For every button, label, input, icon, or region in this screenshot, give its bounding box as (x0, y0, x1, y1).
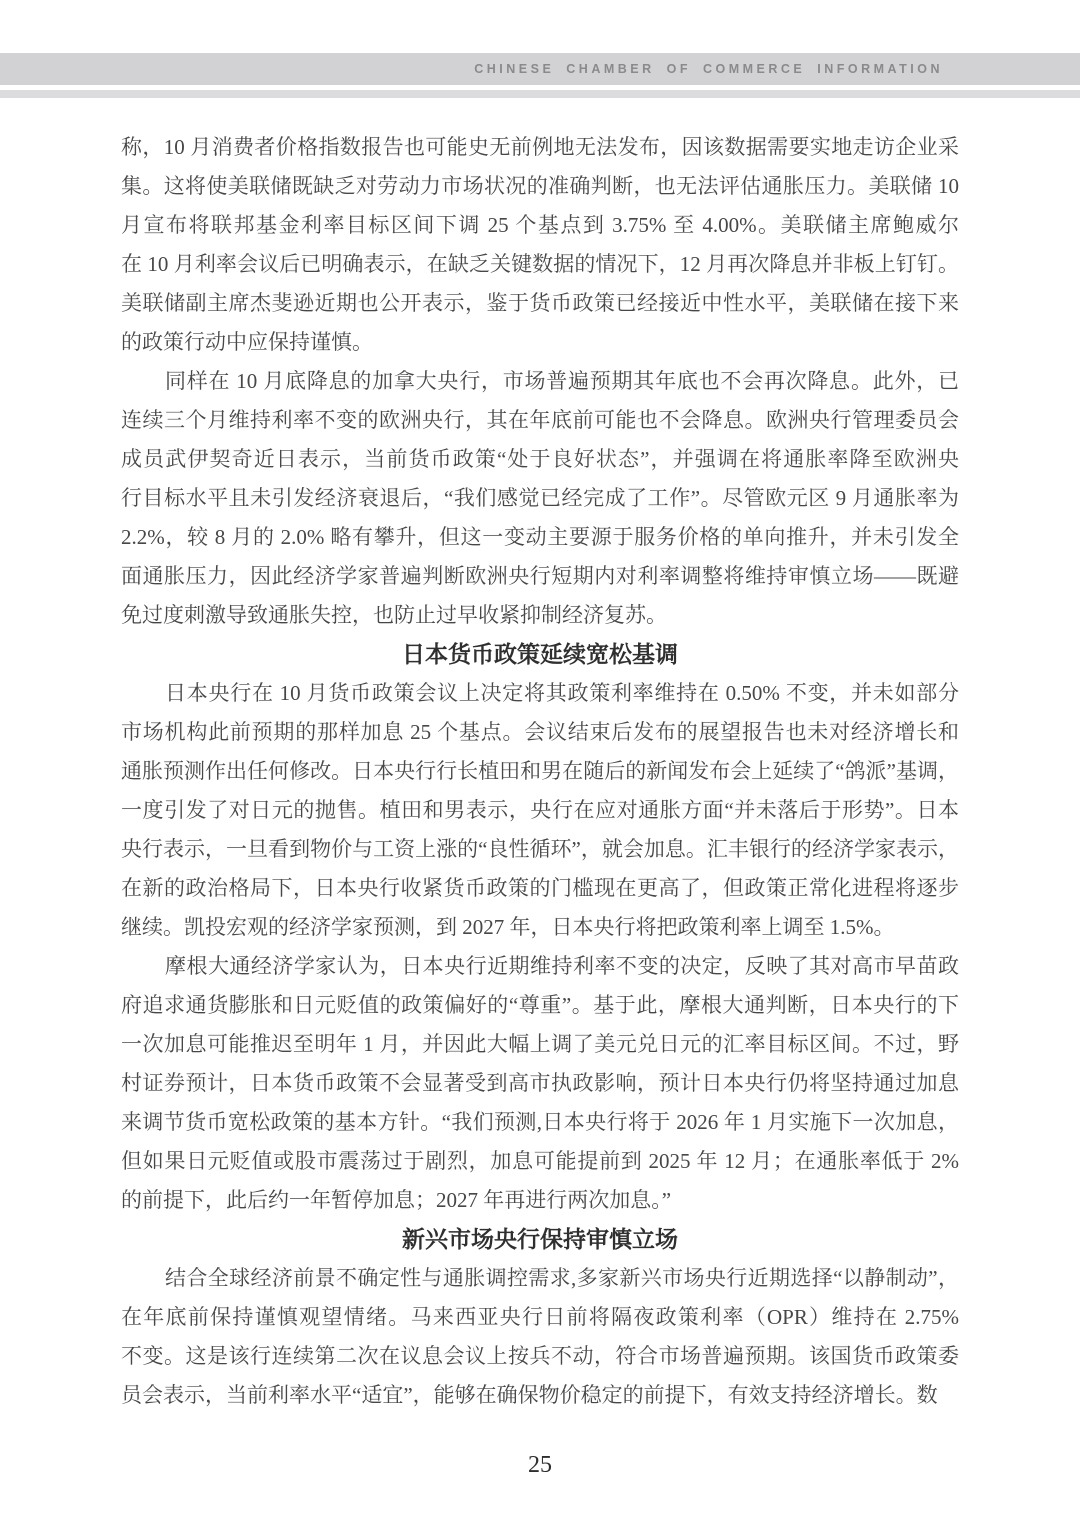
body-text-line: 成员武伊契奇近日表示，当前货币政策“处于良好状态”，并强调在将通胀率降至欧洲央 (121, 440, 959, 479)
body-text-line: 日本央行在 10 月货币政策会议上决定将其政策利率维持在 0.50% 不变，并未… (121, 674, 959, 713)
body-text-line: 继续。凯投宏观的经济学家预测，到 2027 年，日本央行将把政策利率上调至 1.… (121, 908, 959, 947)
page-number: 25 (0, 1452, 1080, 1479)
body-text-line: 但如果日元贬值或股市震荡过于剧烈，加息可能提前到 2025 年 12 月；在通胀… (121, 1142, 959, 1181)
body-text-line: 一度引发了对日元的抛售。植田和男表示，央行在应对通胀方面“并未落后于形势”。日本 (121, 791, 959, 830)
body-text-line: 通胀预测作出任何修改。日本央行行长植田和男在随后的新闻发布会上延续了“鸽派”基调… (121, 752, 959, 791)
body-text-line: 行目标水平且未引发经济衰退后，“我们感觉已经完成了工作”。尽管欧元区 9 月通胀… (121, 479, 959, 518)
body-text-line: 一次加息可能推迟至明年 1 月，并因此大幅上调了美元兑日元的汇率目标区间。不过，… (121, 1025, 959, 1064)
body-text-line: 市场机构此前预期的那样加息 25 个基点。会议结束后发布的展望报告也未对经济增长… (121, 713, 959, 752)
body-text-line: 在年底前保持谨慎观望情绪。马来西亚央行日前将隔夜政策利率（OPR）维持在 2.7… (121, 1298, 959, 1337)
body-text-line: 结合全球经济前景不确定性与通胀调控需求,多家新兴市场央行近期选择“以静制动”， (121, 1259, 959, 1298)
body-text-line: 村证券预计，日本货币政策不会显著受到高市执政影响，预计日本央行仍将坚持通过加息 (121, 1064, 959, 1103)
body-text-line: 的前提下，此后约一年暂停加息；2027 年再进行两次加息。” (121, 1181, 959, 1220)
body-text-line: 同样在 10 月底降息的加拿大央行，市场普遍预期其年底也不会再次降息。此外，已 (121, 362, 959, 401)
body-text-line: 面通胀压力，因此经济学家普遍判断欧洲央行短期内对利率调整将维持审慎立场——既避 (121, 557, 959, 596)
document-page: { "header": { "title": "CHINESE CHAMBER … (0, 0, 1080, 1525)
body-text-line: 连续三个月维持利率不变的欧洲央行，其在年底前可能也不会降息。欧洲央行管理委员会 (121, 401, 959, 440)
body-text-line: 在 10 月利率会议后已明确表示，在缺乏关键数据的情况下，12 月再次降息并非板… (121, 245, 959, 284)
section-heading: 新兴市场央行保持审慎立场 (121, 1220, 959, 1259)
header-rule (0, 90, 1080, 98)
body-text-line: 的政策行动中应保持谨慎。 (121, 323, 959, 362)
body-text-line: 摩根大通经济学家认为，日本央行近期维持利率不变的决定，反映了其对高市早苗政 (121, 947, 959, 986)
body-text-line: 来调节货币宽松政策的基本方针。“我们预测,日本央行将于 2026 年 1 月实施… (121, 1103, 959, 1142)
header-band: CHINESE CHAMBER OF COMMERCE INFORMATION (0, 53, 1080, 85)
header-title: CHINESE CHAMBER OF COMMERCE INFORMATION (474, 62, 943, 76)
body-text-line: 央行表示，一旦看到物价与工资上涨的“良性循环”，就会加息。汇丰银行的经济学家表示… (121, 830, 959, 869)
body-text-line: 美联储副主席杰斐逊近期也公开表示，鉴于货币政策已经接近中性水平，美联储在接下来 (121, 284, 959, 323)
body-text-line: 月宣布将联邦基金利率目标区间下调 25 个基点到 3.75% 至 4.00%。美… (121, 206, 959, 245)
body-text-line: 在新的政治格局下，日本央行收紧货币政策的门槛现在更高了，但政策正常化进程将逐步 (121, 869, 959, 908)
section-heading: 日本货币政策延续宽松基调 (121, 635, 959, 674)
body-text-line: 府追求通货膨胀和日元贬值的政策偏好的“尊重”。基于此，摩根大通判断，日本央行的下 (121, 986, 959, 1025)
body-text-line: 集。这将使美联储既缺乏对劳动力市场状况的准确判断，也无法评估通胀压力。美联储 1… (121, 167, 959, 206)
body-text-line: 员会表示，当前利率水平“适宜”，能够在确保物价稳定的前提下，有效支持经济增长。数 (121, 1376, 959, 1415)
body-text-line: 2.2%，较 8 月的 2.0% 略有攀升，但这一变动主要源于服务价格的单向推升… (121, 518, 959, 557)
body-text-line: 免过度刺激导致通胀失控，也防止过早收紧抑制经济复苏。 (121, 596, 959, 635)
body-text-line: 称，10 月消费者价格指数报告也可能史无前例地无法发布，因该数据需要实地走访企业… (121, 128, 959, 167)
document-body: 称，10 月消费者价格指数报告也可能史无前例地无法发布，因该数据需要实地走访企业… (121, 128, 959, 1415)
body-text-line: 不变。这是该行连续第二次在议息会议上按兵不动，符合市场普遍预期。该国货币政策委 (121, 1337, 959, 1376)
